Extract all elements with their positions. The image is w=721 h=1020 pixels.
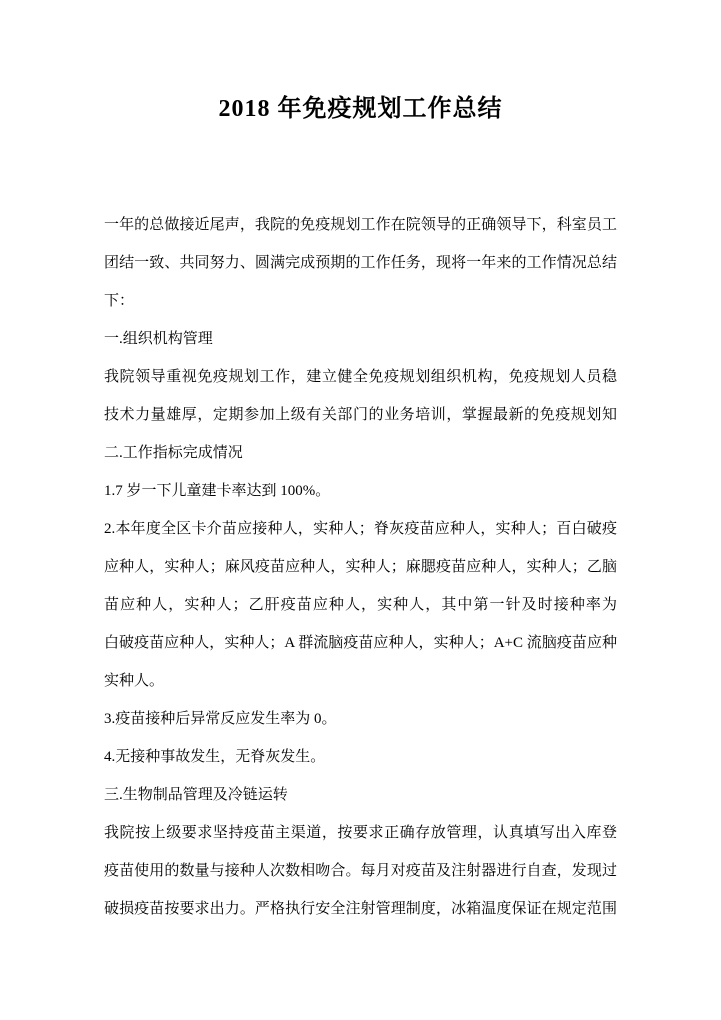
document-body: 一年的总做接近尾声，我院的免疫规划工作在院领导的正确领导下，科室员工的 团结一致… — [104, 206, 617, 928]
paragraph-line: 技术力量雄厚，定期参加上级有关部门的业务培训，掌握最新的免疫规划知识。 — [104, 396, 617, 434]
paragraph-line: 苗应种人，实种人；乙肝疫苗应种人，实种人，其中第一针及时接种率为 98.9%； — [104, 586, 617, 624]
paragraph-line: 一年的总做接近尾声，我院的免疫规划工作在院领导的正确领导下，科室员工的 — [104, 206, 617, 244]
document-page: 2018 年免疫规划工作总结 一年的总做接近尾声，我院的免疫规划工作在院领导的正… — [0, 0, 721, 1020]
section-heading-2: 二.工作指标完成情况 — [104, 434, 617, 472]
document-title: 2018 年免疫规划工作总结 — [0, 88, 721, 123]
paragraph-line: 白破疫苗应种人，实种人；A 群流脑疫苗应种人，实种人；A+C 流脑疫苗应种人， — [104, 624, 617, 662]
list-item-line: 2.本年度全区卡介苗应接种人，实种人；脊灰疫苗应种人，实种人；百白破疫苗 — [104, 510, 617, 548]
paragraph-line: 实种人。 — [104, 662, 617, 700]
paragraph-line: 我院领导重视免疫规划工作，建立健全免疫规划组织机构，免疫规划人员稳定， — [104, 358, 617, 396]
list-item-line: 3.疫苗接种后异常反应发生率为 0。 — [104, 700, 617, 738]
paragraph-line: 破损疫苗按要求出力。严格执行安全注射管理制度，冰箱温度保证在规定范围内， — [104, 890, 617, 928]
paragraph-line: 应种人，实种人；麻风疫苗应种人，实种人；麻腮疫苗应种人，实种人；乙脑疫 — [104, 548, 617, 586]
list-item-line: 1.7 岁一下儿童建卡率达到 100%。 — [104, 472, 617, 510]
paragraph-line: 团结一致、共同努力、圆满完成预期的工作任务，现将一年来的工作情况总结如 — [104, 244, 617, 282]
section-heading-1: 一.组织机构管理 — [104, 320, 617, 358]
paragraph-line: 我院按上级要求坚持疫苗主渠道，按要求正确存放管理，认真填写出入库登记， — [104, 814, 617, 852]
paragraph-line: 疫苗使用的数量与接种人次数相吻合。每月对疫苗及注射器进行自查，发现过期、 — [104, 852, 617, 890]
section-heading-3: 三.生物制品管理及冷链运转 — [104, 776, 617, 814]
list-item-line: 4.无接种事故发生，无脊灰发生。 — [104, 738, 617, 776]
paragraph-line: 下： — [104, 282, 617, 320]
